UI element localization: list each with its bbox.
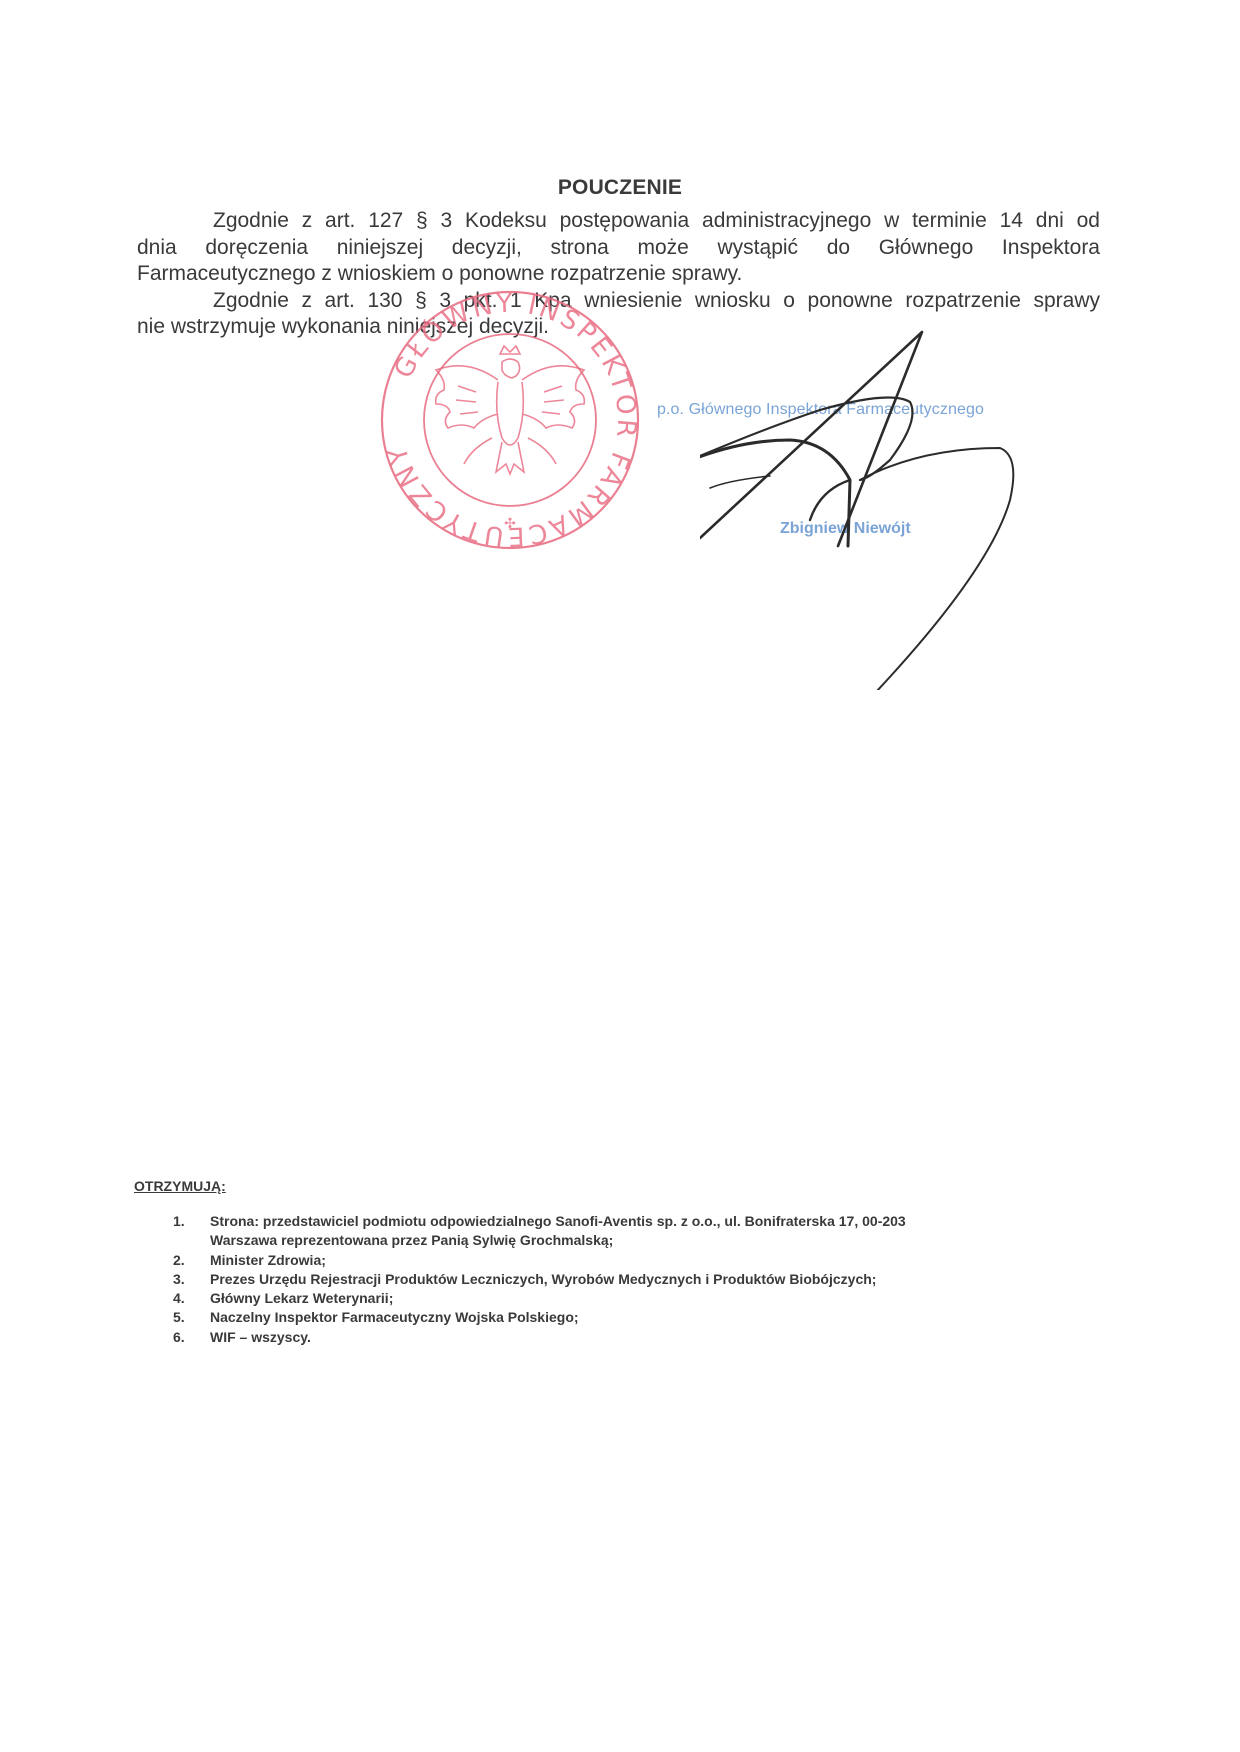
recipient-number: 1. xyxy=(165,1212,210,1251)
document-page: POUCZENIE Zgodnie z art. 127 § 3 Kodeksu… xyxy=(0,0,1240,1752)
recipient-number: 3. xyxy=(165,1270,210,1289)
recipient-number: 2. xyxy=(165,1251,210,1270)
recipient-number: 6. xyxy=(165,1328,210,1347)
recipient-text: Prezes Urzędu Rejestracji Produktów Lecz… xyxy=(210,1270,1065,1289)
recipient-item: 4. Główny Lekarz Weterynarii; xyxy=(165,1289,1065,1308)
recipient-item: 3. Prezes Urzędu Rejestracji Produktów L… xyxy=(165,1270,1065,1289)
recipient-number: 4. xyxy=(165,1289,210,1308)
text-line: Zgodnie z art. 127 § 3 Kodeksu postępowa… xyxy=(137,208,1100,235)
recipient-item: 5. Naczelny Inspektor Farmaceutyczny Woj… xyxy=(165,1308,1065,1327)
recipient-item: 1. Strona: przedstawiciel podmiotu odpow… xyxy=(165,1212,1065,1251)
text-line: dnia doręczenia niniejszej decyzji, stro… xyxy=(137,235,1100,262)
document-heading: POUCZENIE xyxy=(0,176,1240,200)
handwritten-signature-icon xyxy=(700,330,1020,690)
paragraph-appeal: Zgodnie z art. 127 § 3 Kodeksu postępowa… xyxy=(137,208,1100,288)
recipient-text: Warszawa reprezentowana przez Panią Sylw… xyxy=(210,1231,1065,1250)
recipient-text: Naczelny Inspektor Farmaceutyczny Wojska… xyxy=(210,1308,1065,1327)
recipient-text: WIF – wszyscy. xyxy=(210,1328,1065,1347)
recipient-number: 5. xyxy=(165,1308,210,1327)
recipient-text: Minister Zdrowia; xyxy=(210,1251,1065,1270)
recipient-text: Strona: przedstawiciel podmiotu odpowied… xyxy=(210,1212,1065,1231)
recipients-list: 1. Strona: przedstawiciel podmiotu odpow… xyxy=(165,1212,1065,1347)
svg-text:✣: ✣ xyxy=(504,516,516,532)
recipients-title: OTRZYMUJĄ: xyxy=(134,1178,226,1194)
recipient-item: 6. WIF – wszyscy. xyxy=(165,1328,1065,1347)
recipient-text: Główny Lekarz Weterynarii; xyxy=(210,1289,1065,1308)
official-stamp-icon: GŁÓWNY INSPEKTOR FARMACEUTYCZNY ✣ xyxy=(372,282,648,558)
eagle-emblem-icon xyxy=(436,346,585,474)
recipient-item: 2. Minister Zdrowia; xyxy=(165,1251,1065,1270)
